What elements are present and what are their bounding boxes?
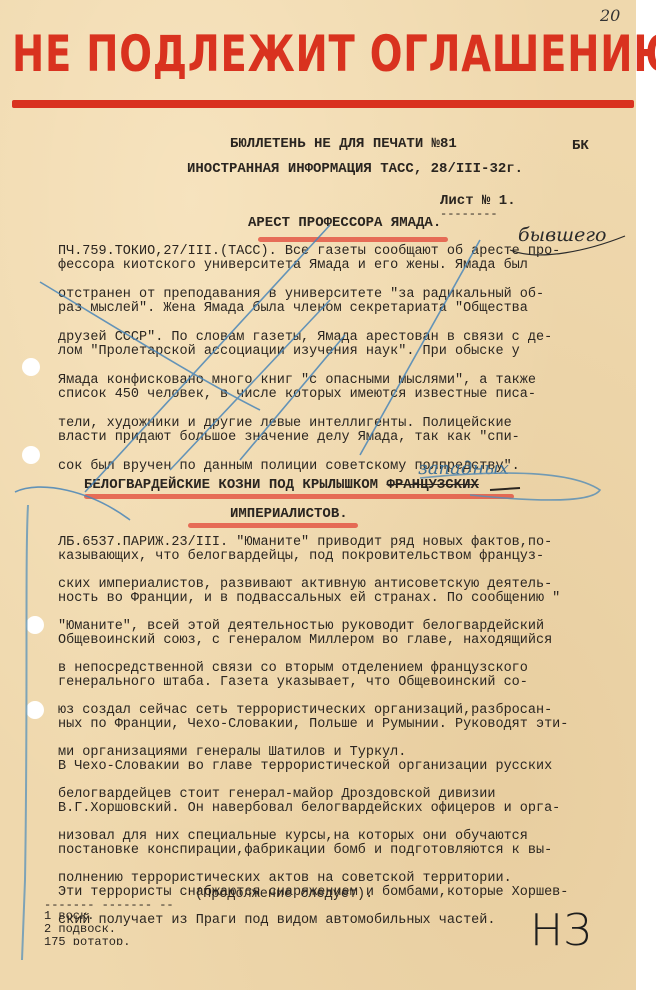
document-page: 20 НЕ ПОДЛЕЖИТ ОГЛАШЕНИЮ БЮЛЛЕТЕНЬ НЕ ДЛ… bbox=[0, 0, 636, 990]
annotation-marks bbox=[0, 0, 636, 990]
